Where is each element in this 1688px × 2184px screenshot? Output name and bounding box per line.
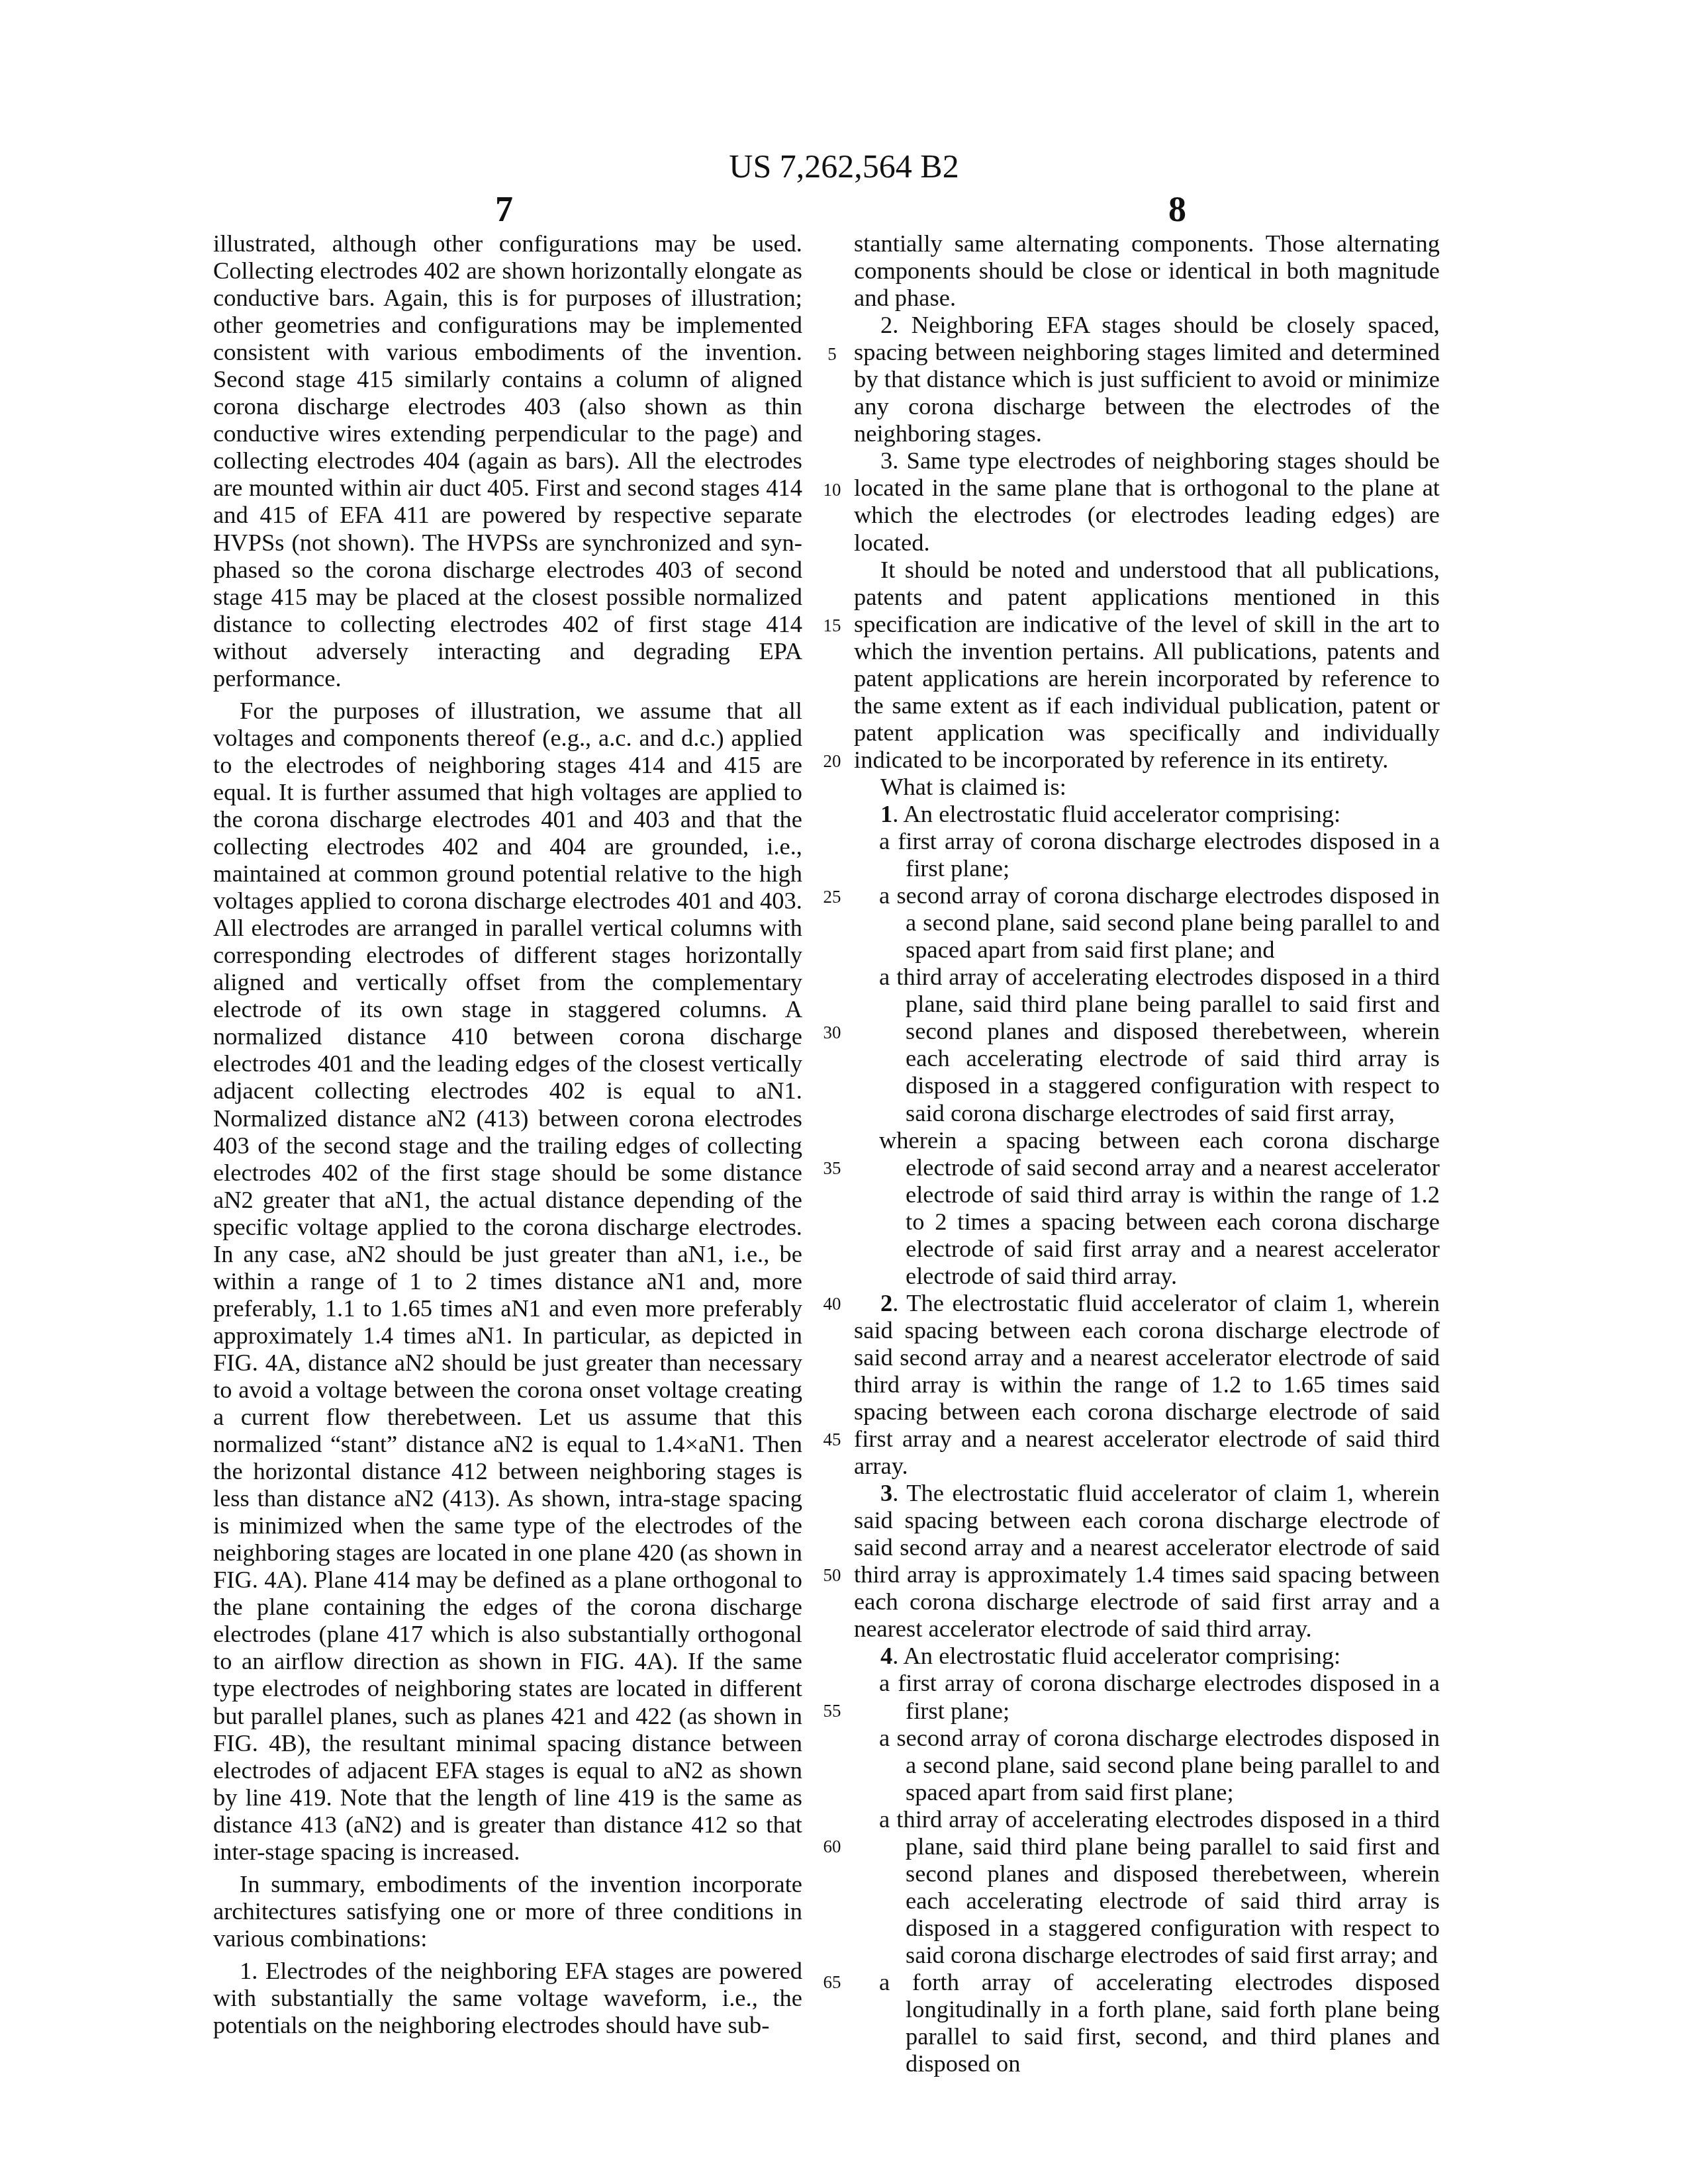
line-number: 40 (816, 1294, 849, 1314)
line-number: 25 (816, 887, 849, 907)
claim-preamble: . An electrostatic fluid accelerator com… (892, 1642, 1340, 1669)
line-number: 55 (816, 1701, 849, 1721)
claim-1: 1. An electrostatic fluid accelerator co… (854, 800, 1440, 1289)
line-number: 15 (816, 615, 849, 636)
claims-intro: What is claimed is: (854, 773, 1440, 800)
claim-number: 3 (880, 1479, 892, 1506)
line-number: 20 (816, 751, 849, 772)
claim-element: wherein a spacing between each corona di… (854, 1126, 1440, 1289)
paragraph: 3. Same type electrodes of neighboring s… (854, 447, 1440, 555)
paragraph: illustrated, although other configuratio… (213, 230, 802, 692)
claim-number: 1 (880, 800, 892, 827)
claim-element: a forth array of accelerating electrodes… (854, 1968, 1440, 2077)
claim-number: 4 (880, 1642, 892, 1669)
paragraph: 1. Electrodes of the neighboring EFA sta… (213, 1957, 802, 2038)
claim-element: a second array of corona discharge elect… (854, 882, 1440, 963)
left-text-column: illustrated, although other configuratio… (213, 230, 802, 2038)
line-number: 45 (816, 1430, 849, 1450)
paragraph: stantially same alternating components. … (854, 230, 1440, 311)
claim-preamble: . An electrostatic fluid accelerator com… (892, 800, 1340, 827)
claim-2: 2. The electrostatic fluid accelerator o… (854, 1289, 1440, 1479)
claim-element: a third array of accelerating electrodes… (854, 1805, 1440, 1968)
right-text-column: stantially same alternating components. … (854, 230, 1440, 2077)
line-number: 10 (816, 480, 849, 500)
claim-element: a second array of corona discharge elect… (854, 1724, 1440, 1805)
claim-element: a first array of corona discharge electr… (854, 1669, 1440, 1723)
paragraph: In summary, embodiments of the invention… (213, 1870, 802, 1952)
paragraph: 2. Neighboring EFA stages should be clos… (854, 311, 1440, 447)
paragraph: For the purposes of illustration, we ass… (213, 697, 802, 1865)
paragraph: It should be noted and understood that a… (854, 556, 1440, 773)
claim-element: a first array of corona discharge electr… (854, 827, 1440, 882)
line-number: 65 (816, 1972, 849, 1993)
claim-4: 4. An electrostatic fluid accelerator co… (854, 1642, 1440, 2077)
line-number: 30 (816, 1023, 849, 1043)
line-number: 60 (816, 1837, 849, 1857)
line-number: 50 (816, 1565, 849, 1586)
patent-number-header: US 7,262,564 B2 (0, 147, 1688, 185)
claim-number: 2 (880, 1289, 892, 1316)
column-number-right: 8 (1168, 189, 1186, 230)
claim-text: . The electrostatic fluid accelerator of… (854, 1479, 1440, 1642)
claim-3: 3. The electrostatic fluid accelerator o… (854, 1479, 1440, 1642)
column-number-left: 7 (495, 189, 513, 230)
line-number: 5 (816, 344, 849, 365)
claim-text: . The electrostatic fluid accelerator of… (854, 1289, 1440, 1479)
claim-element: a third array of accelerating electrodes… (854, 963, 1440, 1126)
line-number: 35 (816, 1158, 849, 1179)
